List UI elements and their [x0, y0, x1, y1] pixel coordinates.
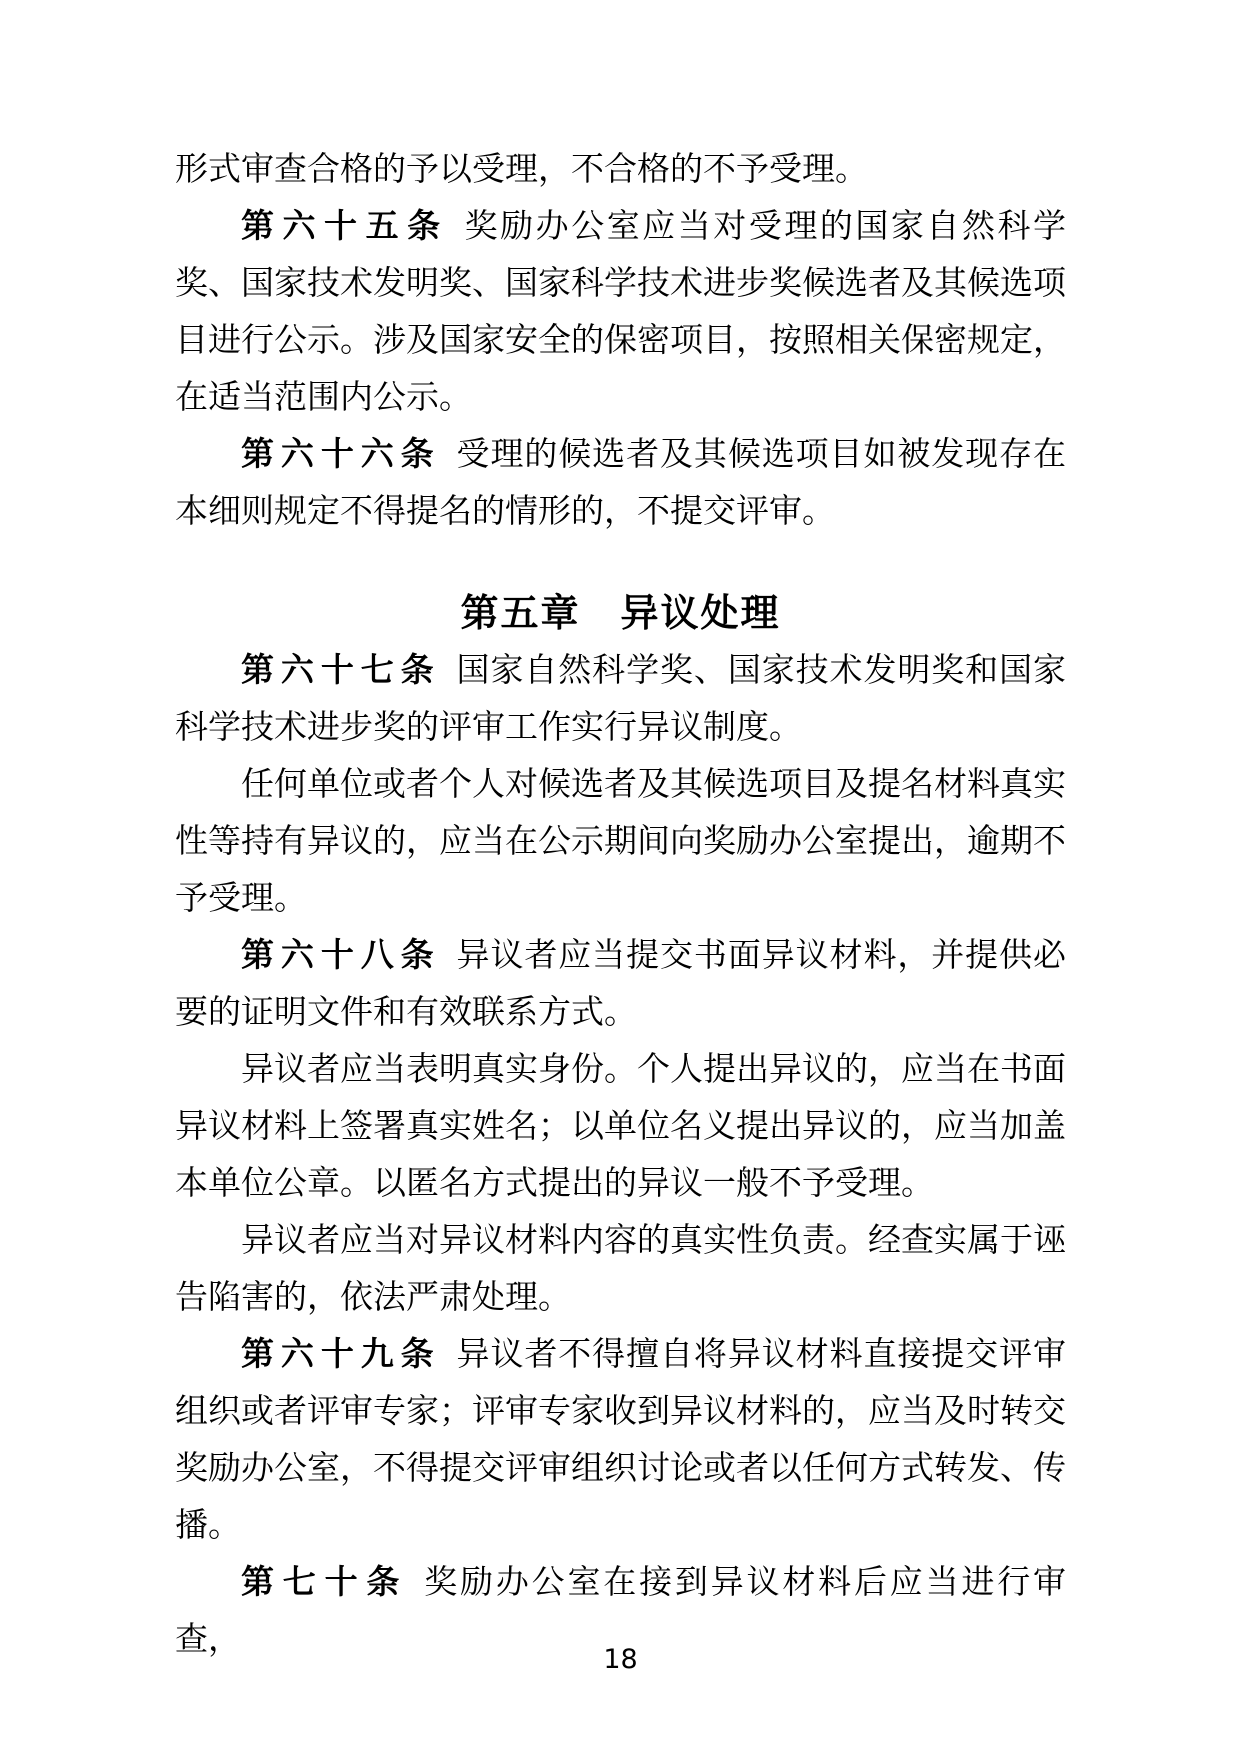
article-number: 第六十九条	[241, 1337, 441, 1373]
paragraph-text: 异议者应当表明真实身份。个人提出异议的，应当在书面异议材料上签署真实姓名；以单位…	[175, 1052, 1066, 1202]
paragraph: 任何单位或者个人对候选者及其候选项目及提名材料真实性等持有异议的，应当在公示期间…	[175, 757, 1066, 928]
chapter-heading: 第五章 异议处理	[175, 586, 1066, 643]
paragraph-text: 形式审查合格的予以受理，不合格的不予受理。	[175, 152, 868, 188]
article-number: 第七十条	[241, 1565, 408, 1601]
article-number: 第六十八条	[241, 938, 441, 974]
paragraph: 异议者应当对异议材料内容的真实性负责。经查实属于诬告陷害的，依法严肃处理。	[175, 1213, 1066, 1327]
article-number: 第六十六条	[241, 437, 441, 473]
article-number: 第六十五条	[241, 209, 449, 245]
paragraph: 第六十五条奖励办公室应当对受理的国家自然科学奖、国家技术发明奖、国家科学技术进步…	[175, 199, 1066, 427]
paragraph-text: 任何单位或者个人对候选者及其候选项目及提名材料真实性等持有异议的，应当在公示期间…	[175, 767, 1066, 917]
document-page: 形式审查合格的予以受理，不合格的不予受理。第六十五条奖励办公室应当对受理的国家自…	[0, 0, 1241, 1754]
paragraph: 第六十六条受理的候选者及其候选项目如被发现存在本细则规定不得提名的情形的，不提交…	[175, 427, 1066, 541]
article-number: 第六十七条	[241, 653, 441, 689]
paragraph: 异议者应当表明真实身份。个人提出异议的，应当在书面异议材料上签署真实姓名；以单位…	[175, 1042, 1066, 1213]
paragraph: 形式审查合格的予以受理，不合格的不予受理。	[175, 142, 1066, 199]
paragraph-text: 异议者应当对异议材料内容的真实性负责。经查实属于诬告陷害的，依法严肃处理。	[175, 1223, 1066, 1316]
paragraph: 第六十八条异议者应当提交书面异议材料，并提供必要的证明文件和有效联系方式。	[175, 928, 1066, 1042]
paragraph: 第六十九条异议者不得擅自将异议材料直接提交评审组织或者评审专家；评审专家收到异议…	[175, 1327, 1066, 1555]
document-text-block: 形式审查合格的予以受理，不合格的不予受理。第六十五条奖励办公室应当对受理的国家自…	[175, 142, 1066, 1669]
page-number: 18	[0, 1644, 1241, 1675]
paragraph: 第六十七条国家自然科学奖、国家技术发明奖和国家科学技术进步奖的评审工作实行异议制…	[175, 643, 1066, 757]
